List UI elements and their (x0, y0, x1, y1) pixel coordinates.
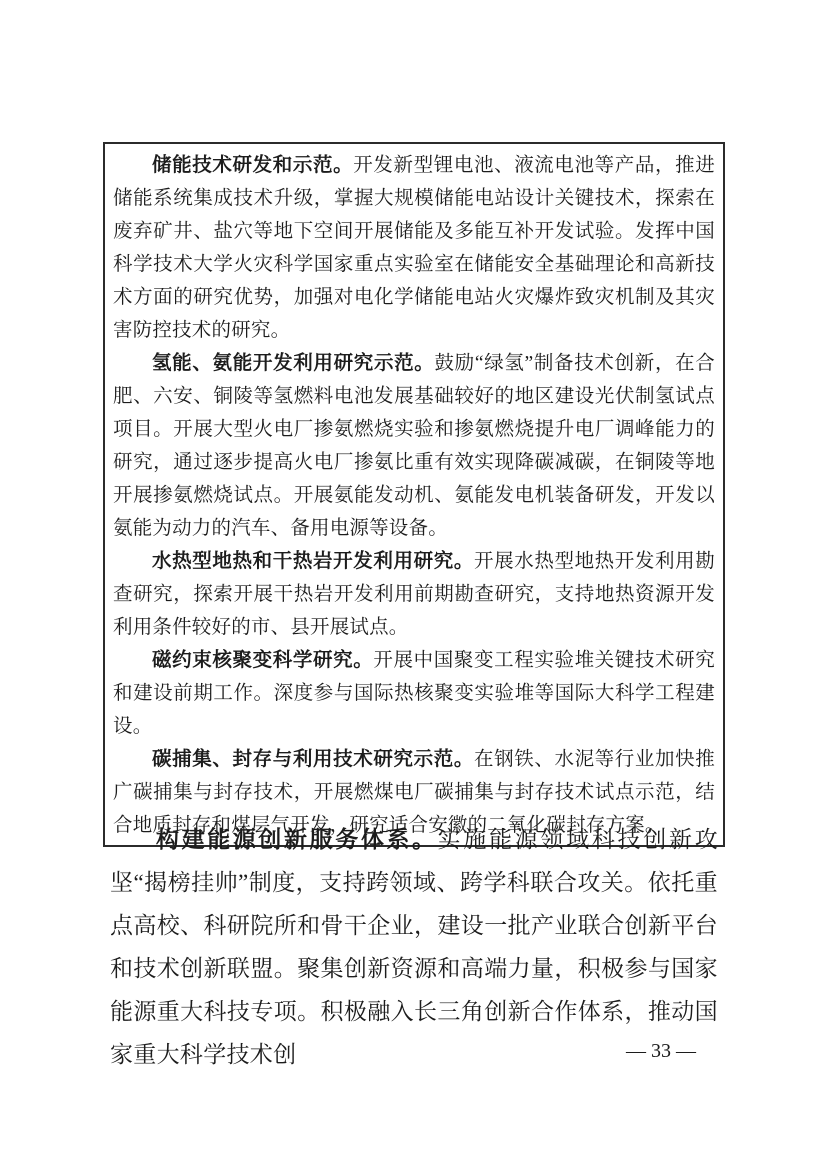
document-page: 储能技术研发和示范。开发新型锂电池、液流电池等产品，推进储能系统集成技术升级，掌… (0, 0, 826, 1169)
box-paragraph-fusion: 磁约束核聚变科学研究。开展中国聚变工程实验堆关键技术研究和建设前期工作。深度参与… (113, 644, 715, 743)
paragraph-lead: 储能技术研发和示范。 (152, 155, 353, 176)
paragraph-lead: 氢能、氨能开发利用研究示范。 (152, 353, 435, 374)
paragraph-lead: 磁约束核聚变科学研究。 (152, 650, 373, 671)
paragraph-lead: 碳捕集、封存与利用技术研究示范。 (152, 749, 474, 770)
key-projects-box: 储能技术研发和示范。开发新型锂电池、液流电池等产品，推进储能系统集成技术升级，掌… (103, 142, 725, 847)
paragraph-body: 鼓励“绿氢”制备技术创新，在合肥、六安、铜陵等氢燃料电池发展基础较好的地区建设光… (113, 353, 715, 539)
box-paragraph-hydrogen-ammonia: 氢能、氨能开发利用研究示范。鼓励“绿氢”制备技术创新，在合肥、六安、铜陵等氢燃料… (113, 347, 715, 545)
box-paragraph-geothermal: 水热型地热和干热岩开发利用研究。开展水热型地热开发利用勘查研究，探索开展干热岩开… (113, 545, 715, 644)
box-paragraph-energy-storage: 储能技术研发和示范。开发新型锂电池、液流电池等产品，推进储能系统集成技术升级，掌… (113, 149, 715, 347)
page-number: — 33 — (618, 1038, 704, 1064)
paragraph-body: 开发新型锂电池、液流电池等产品，推进储能系统集成技术升级，掌握大规模储能电站设计… (113, 155, 715, 341)
paragraph-body: 实施能源领域科技创新攻坚“揭榜挂帅”制度，支持跨领域、跨学科联合攻关。依托重点高… (110, 827, 718, 1067)
paragraph-lead: 水热型地热和干热岩开发利用研究。 (152, 551, 474, 572)
paragraph-lead: 构建能源创新服务体系。 (156, 827, 438, 852)
